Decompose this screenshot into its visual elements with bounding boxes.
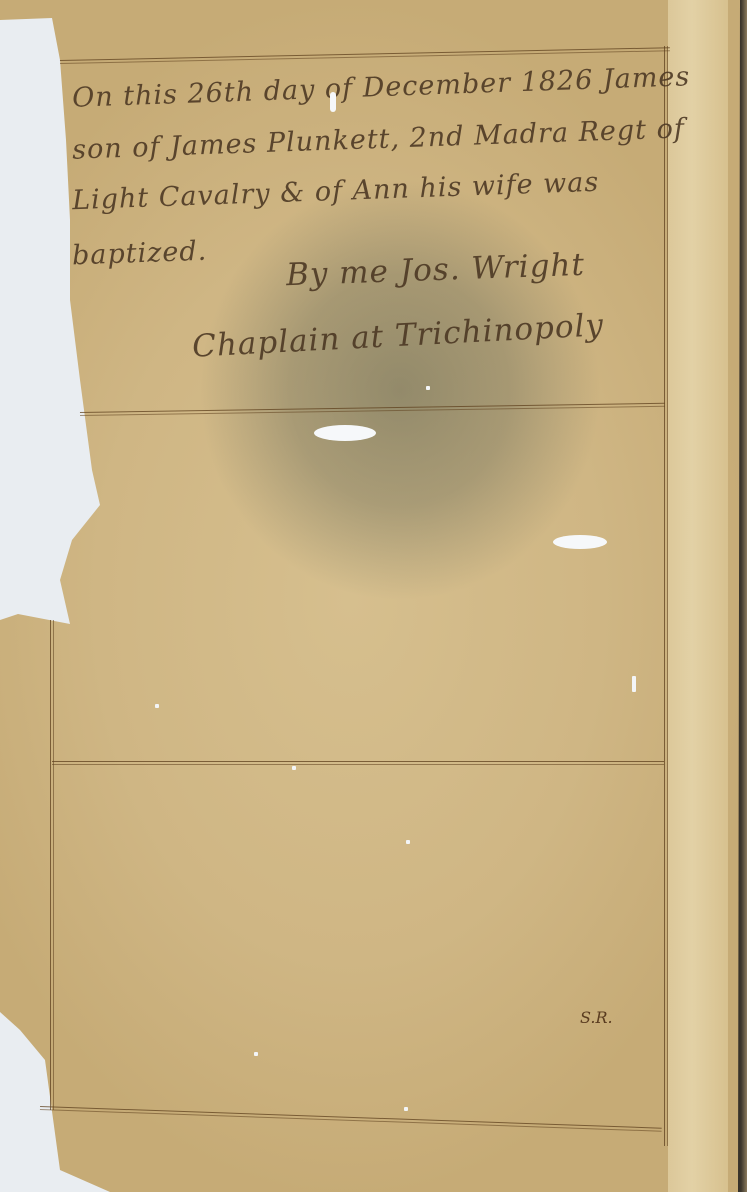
paper-speck [406,840,410,844]
middle-rule [52,761,664,765]
paper-speck [155,704,159,708]
paper-hole [314,425,376,441]
paper-speck [254,1052,258,1056]
entry-line-4: baptized. [72,236,208,272]
left-vertical-rule [50,620,54,1110]
right-vertical-rule [664,46,668,1146]
paper-speck [292,766,296,770]
paper-speck [404,1107,408,1111]
footer-mark: S.R. [580,1008,613,1027]
paper-speck [632,676,636,692]
paper-speck [426,386,430,390]
paper-hole [330,92,336,112]
paper-hole [553,535,607,549]
page-right-margin [668,0,728,1192]
